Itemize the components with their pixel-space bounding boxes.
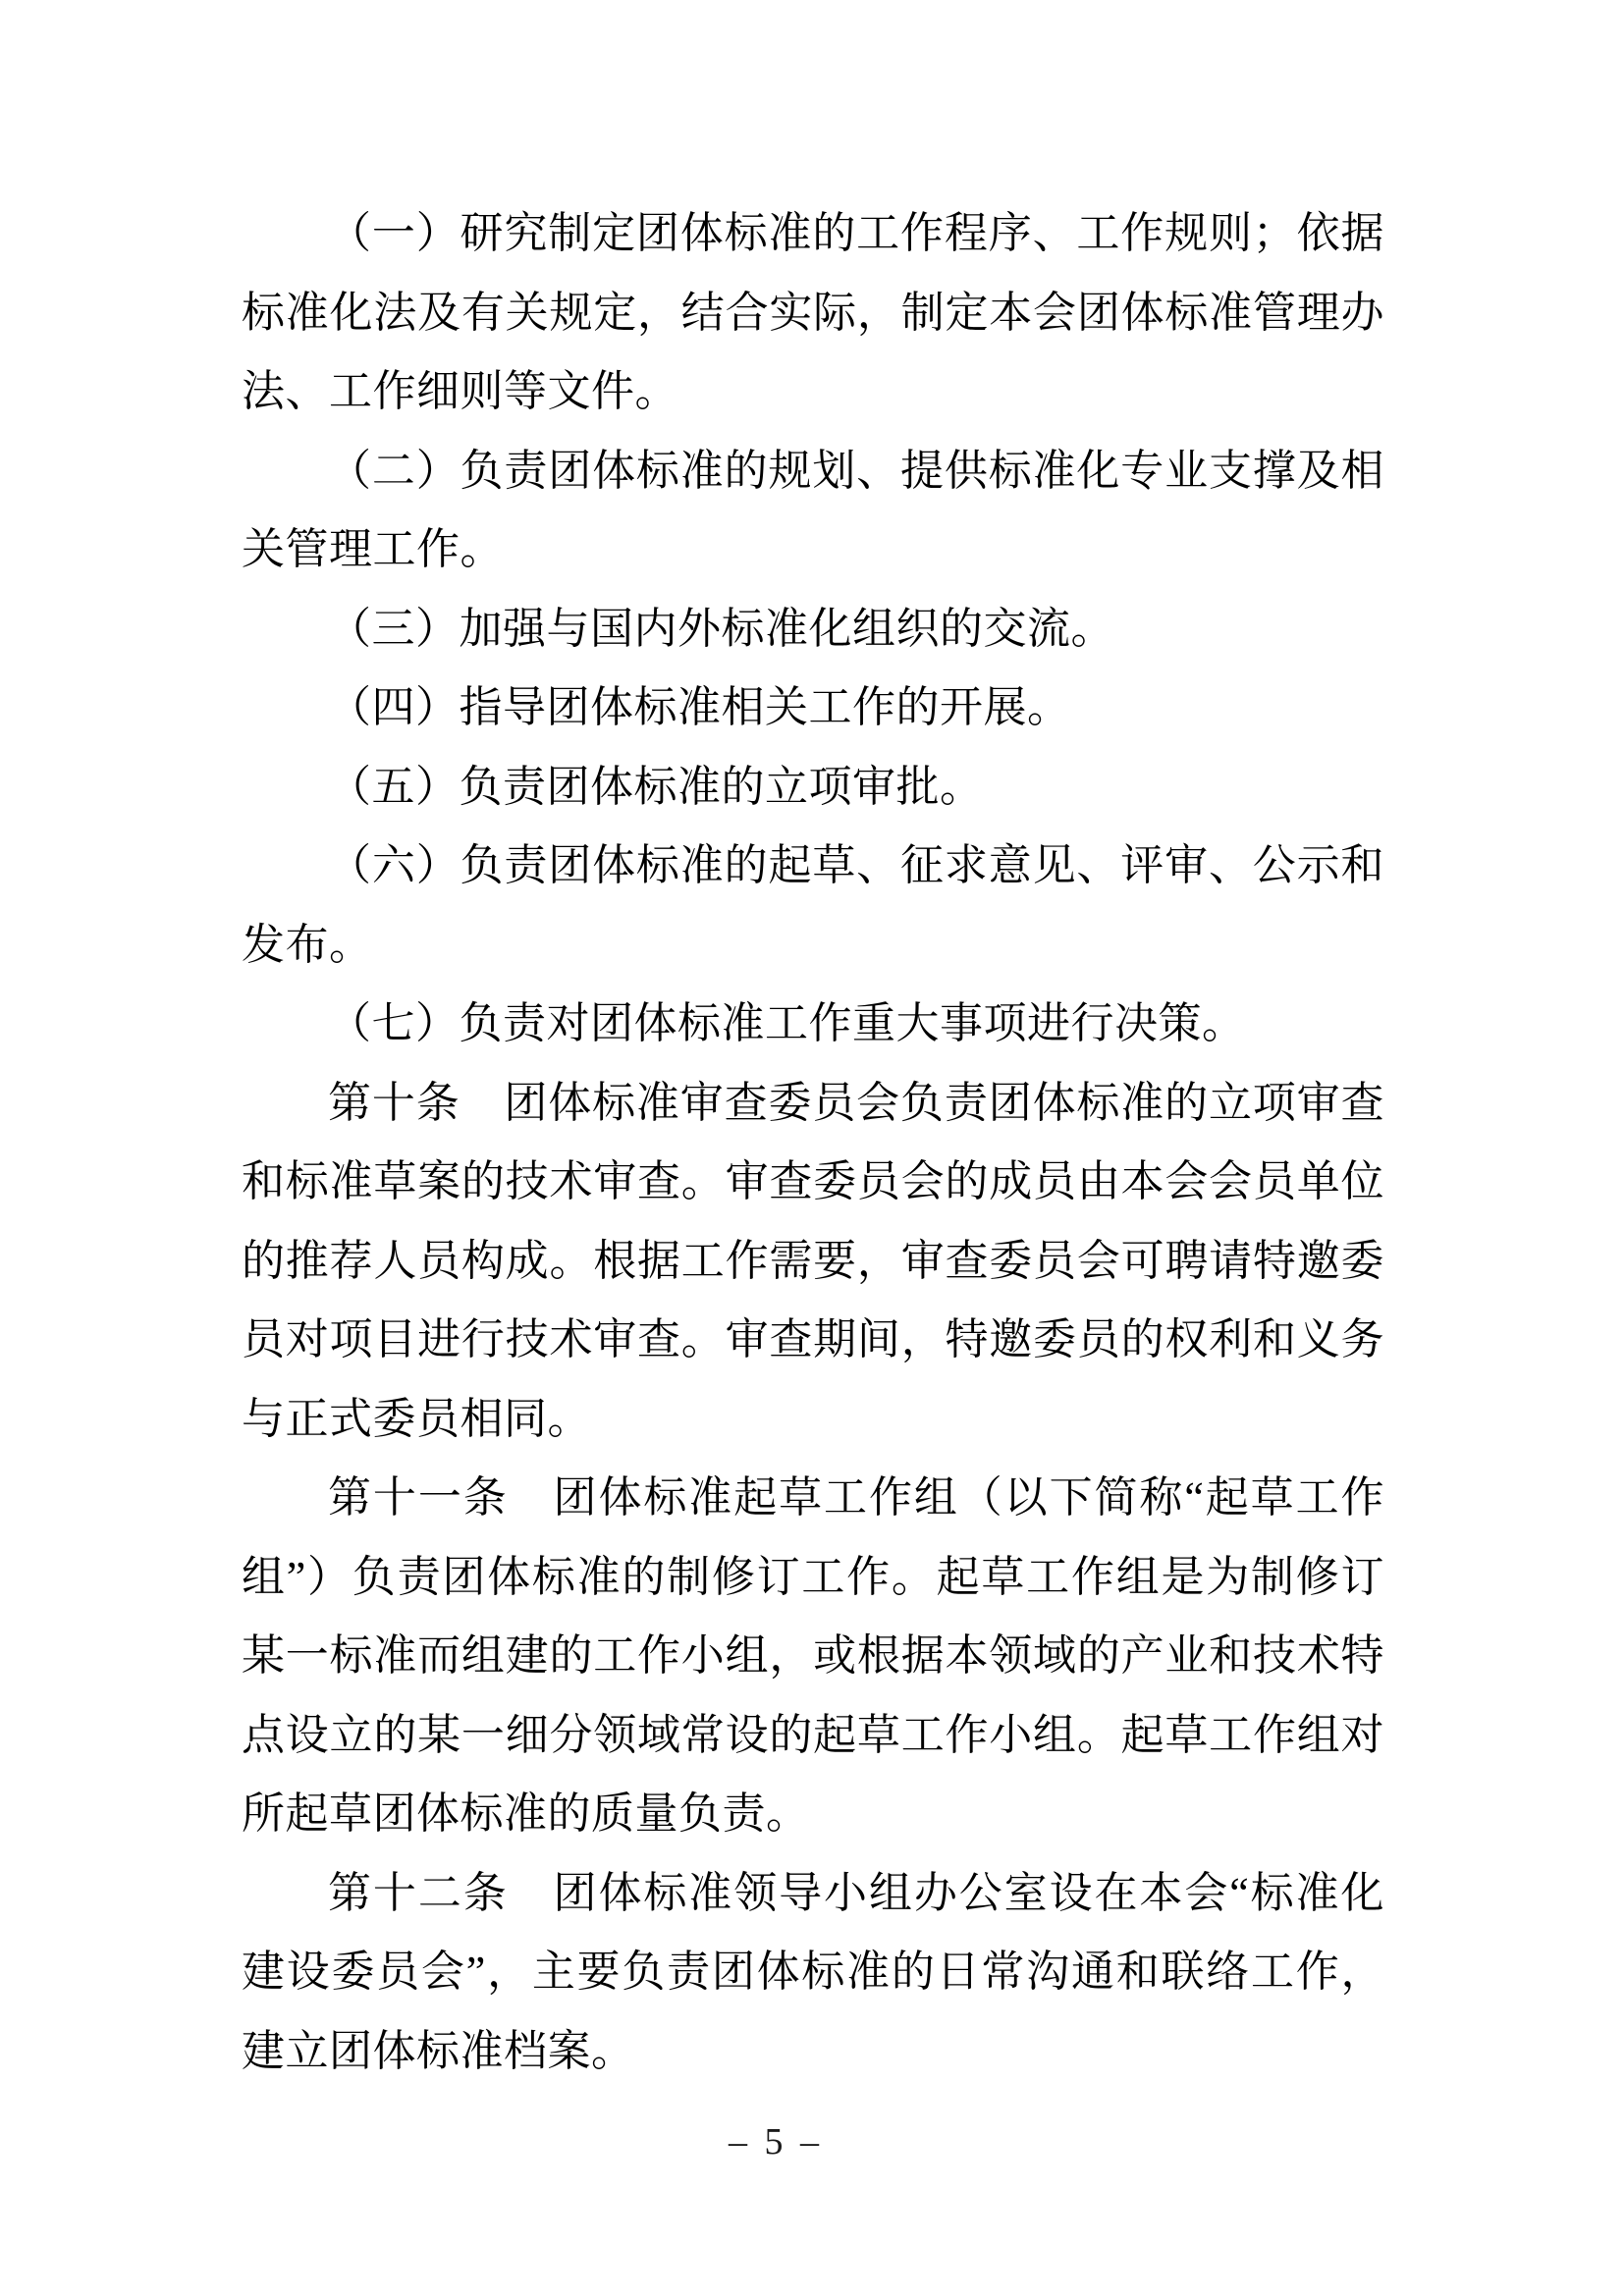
text-line: 所起草团体标准的质量负责。 [242, 1775, 1384, 1854]
text-line: 第十一条 团体标准起草工作组（以下简称“起草工作 [242, 1459, 1384, 1538]
text-line: （六）负责团体标准的起草、征求意见、评审、公示和 [242, 827, 1384, 906]
text-line: 标准化法及有关规定，结合实际，制定本会团体标准管理办 [242, 274, 1384, 353]
text-line: 第十二条 团体标准领导小组办公室设在本会“标准化 [242, 1854, 1384, 1934]
text-line: （四）指导团体标准相关工作的开展。 [242, 668, 1384, 748]
text-line: （二）负责团体标准的规划、提供标准化专业支撑及相 [242, 432, 1384, 511]
text-line: 建立团体标准档案。 [242, 2012, 1384, 2092]
text-line: （五）负责团体标准的立项审批。 [242, 748, 1384, 828]
page-number: – 5 – [204, 2118, 1347, 2165]
text-line: 第十条 团体标准审查委员会负责团体标准的立项审查 [242, 1064, 1384, 1144]
text-line: （七）负责对团体标准工作重大事项进行决策。 [242, 985, 1384, 1064]
text-line: 法、工作细则等文件。 [242, 352, 1384, 432]
text-line: 员对项目进行技术审查。审查期间，特邀委员的权利和义务 [242, 1301, 1384, 1380]
text-line: 某一标准而组建的工作小组，或根据本领域的产业和技术特 [242, 1617, 1384, 1696]
text-line: 关管理工作。 [242, 510, 1384, 590]
text-line: 组”）负责团体标准的制修订工作。起草工作组是为制修订 [242, 1538, 1384, 1618]
text-line: 和标准草案的技术审查。审查委员会的成员由本会会员单位 [242, 1143, 1384, 1222]
text-line: （三）加强与国内外标准化组织的交流。 [242, 590, 1384, 669]
text-line: （一）研究制定团体标准的工作程序、工作规则；依据 [242, 194, 1384, 274]
text-line: 的推荐人员构成。根据工作需要，审查委员会可聘请特邀委 [242, 1222, 1384, 1302]
text-line: 点设立的某一细分领域常设的起草工作小组。起草工作组对 [242, 1696, 1384, 1776]
document-page: （一）研究制定团体标准的工作程序、工作规则；依据 标准化法及有关规定，结合实际，… [0, 0, 1624, 2296]
text-line: 建设委员会”，主要负责团体标准的日常沟通和联络工作， [242, 1933, 1384, 2012]
text-line: 发布。 [242, 906, 1384, 986]
document-body: （一）研究制定团体标准的工作程序、工作规则；依据 标准化法及有关规定，结合实际，… [242, 194, 1384, 2091]
text-line: 与正式委员相同。 [242, 1380, 1384, 1460]
